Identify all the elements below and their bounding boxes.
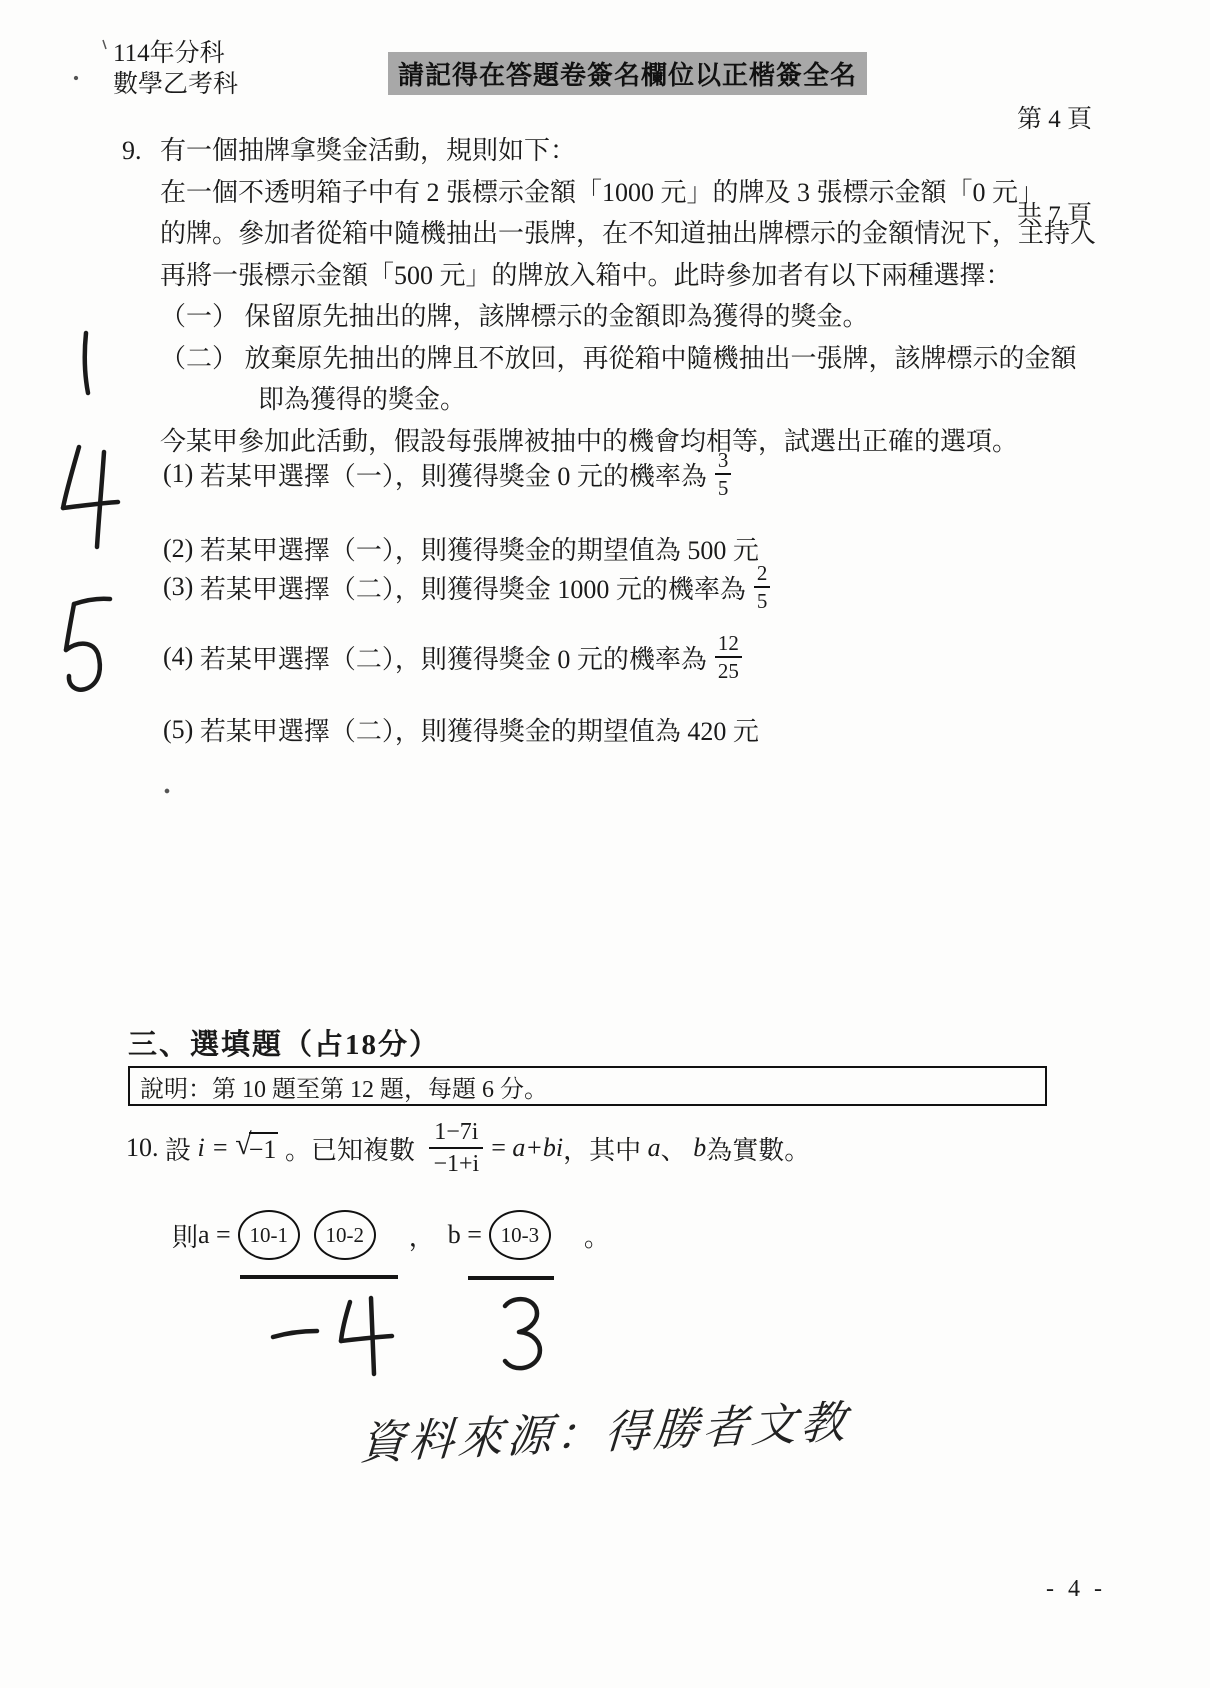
a-equals-label: a = — [198, 1220, 231, 1250]
answer-blank-10-3: 10-3 — [489, 1210, 551, 1260]
option-3-text: 若某甲選擇（二），則獲得獎金 1000 元的機率為 — [200, 569, 746, 606]
answer-b-underline — [468, 1276, 554, 1280]
question-9: 9.有一個抽牌拿獎金活動，規則如下： 在一個不透明箱子中有 2 張標示金額「10… — [122, 130, 1092, 462]
handwritten-source-note: 資料來源：得勝者文教 — [358, 1385, 852, 1472]
sqrt-expression: √ −1 — [235, 1132, 278, 1165]
handwritten-answer-4 — [341, 1336, 392, 1341]
signature-reminder-banner: 請記得在答題卷簽名欄位以正楷簽全名 — [388, 52, 867, 95]
enumeration-mark: 、 — [661, 1130, 694, 1167]
answer-blank-10-1: 10-1 — [238, 1210, 300, 1260]
handwritten-answer-minus — [273, 1331, 317, 1337]
scan-speck — [103, 40, 106, 49]
answer-blank-10-2: 10-2 — [314, 1210, 376, 1260]
handwritten-answer-4 — [371, 1298, 374, 1374]
answer-comma: ， — [383, 1217, 448, 1254]
option-1: (1) 若某甲選擇（一），則獲得獎金 0 元的機率為 3 5 — [163, 443, 731, 505]
handwritten-digit-4 — [63, 502, 118, 508]
question-9-choice-one: （一） 保留原先抽出的牌，該牌標示的金額即為獲得的獎金。 — [122, 296, 1092, 338]
question-10-tail: 為實數。 — [706, 1130, 810, 1167]
question-9-body-line: 在一個不透明箱子中有 2 張標示金額「1000 元」的牌及 3 張標示金額「0 … — [122, 172, 1092, 214]
question-10-mid-text: 。已知複數 — [278, 1130, 421, 1167]
option-3: (3) 若某甲選擇（二），則獲得獎金 1000 元的機率為 2 5 — [163, 556, 770, 618]
handwritten-answer-3 — [505, 1299, 540, 1368]
question-10-answer-row: 則 a = 10-1 10-2 ， b = 10-3 。 — [172, 1210, 610, 1260]
option-4-fraction: 12 25 — [715, 631, 742, 682]
answer-period: 。 — [558, 1217, 610, 1254]
section-3-instruction-text: 說明：第 10 題至第 12 題，每題 6 分。 — [140, 1069, 548, 1104]
variable-a: a — [648, 1133, 661, 1163]
section-3-title: 三、選填題（占18分） — [128, 1022, 440, 1063]
equals-sign: = — [491, 1133, 512, 1163]
exam-subject-line: 數學乙考科 — [113, 69, 238, 100]
exam-title-block: 114年分科 數學乙考科 — [113, 38, 238, 100]
variable-b: b — [693, 1133, 706, 1163]
answer-prefix: 則 — [172, 1217, 198, 1254]
exam-scan-page: 114年分科 數學乙考科 請記得在答題卷簽名欄位以正楷簽全名 第 4 頁 共 7… — [0, 0, 1210, 1688]
question-9-choice-two-cont: 即為獲得的獎金。 — [122, 379, 1092, 421]
answer-a-underline — [240, 1275, 398, 1279]
handwritten-digit-4 — [63, 447, 79, 508]
section-3-instruction-box: 說明：第 10 題至第 12 題，每題 6 分。 — [128, 1066, 1047, 1106]
question-9-body-line: 的牌。參加者從箱中隨機抽出一張牌，在不知道抽出牌標示的金額情況下，主持人 — [122, 213, 1092, 255]
handwritten-digit-4 — [97, 452, 104, 547]
question-9-intro-line: 9.有一個抽牌拿獎金活動，規則如下： — [122, 130, 1092, 172]
option-4-text: 若某甲選擇（二），則獲得獎金 0 元的機率為 — [200, 639, 707, 676]
option-5: (5) 若某甲選擇（二），則獲得獎金的期望值為 420 元 — [163, 711, 759, 748]
option-4-number: (4) — [163, 642, 193, 672]
option-1-text: 若某甲選擇（一），則獲得獎金 0 元的機率為 — [200, 456, 707, 493]
option-1-fraction: 3 5 — [715, 448, 732, 499]
where-text: ，其中 — [563, 1130, 648, 1167]
question-10-number: 10. — [126, 1133, 159, 1163]
complex-fraction: 1−7i −1+i — [429, 1118, 483, 1179]
variable-i-equals: i = — [198, 1133, 236, 1163]
a-plus-bi: a+bi — [512, 1133, 563, 1163]
question-9-number: 9. — [122, 130, 160, 172]
handwritten-digit-5 — [74, 599, 110, 604]
scan-speck — [75, 77, 78, 80]
handwritten-digit-5 — [66, 644, 100, 690]
b-equals-label: b = — [448, 1220, 482, 1250]
option-5-text: 若某甲選擇（二），則獲得獎金的期望值為 420 元 — [200, 711, 759, 748]
question-9-choice-two: （二） 放棄原先抽出的牌且不放回，再從箱中隨機抽出一張牌，該牌標示的金額 — [122, 338, 1092, 380]
option-1-number: (1) — [163, 459, 193, 489]
question-10: 10. 設 i = √ −1 。已知複數 1−7i −1+i = a+bi ，其… — [126, 1118, 810, 1179]
option-3-fraction: 2 5 — [754, 561, 771, 612]
option-4: (4) 若某甲選擇（二），則獲得獎金 0 元的機率為 12 25 — [163, 624, 742, 690]
handwritten-answer-4 — [341, 1302, 350, 1341]
scan-speck — [165, 789, 168, 792]
option-3-number: (3) — [163, 572, 193, 602]
radicand: −1 — [249, 1132, 279, 1165]
handwritten-digit-1 — [85, 333, 88, 393]
footer-page-number: - 4 - — [1046, 1576, 1106, 1603]
question-9-body-line: 再將一張標示金額「500 元」的牌放入箱中。此時參加者有以下兩種選擇： — [122, 255, 1092, 297]
handwritten-digit-5 — [66, 604, 74, 650]
option-5-number: (5) — [163, 715, 193, 745]
exam-year-line: 114年分科 — [113, 38, 238, 69]
question-10-set-label: 設 — [165, 1130, 198, 1167]
